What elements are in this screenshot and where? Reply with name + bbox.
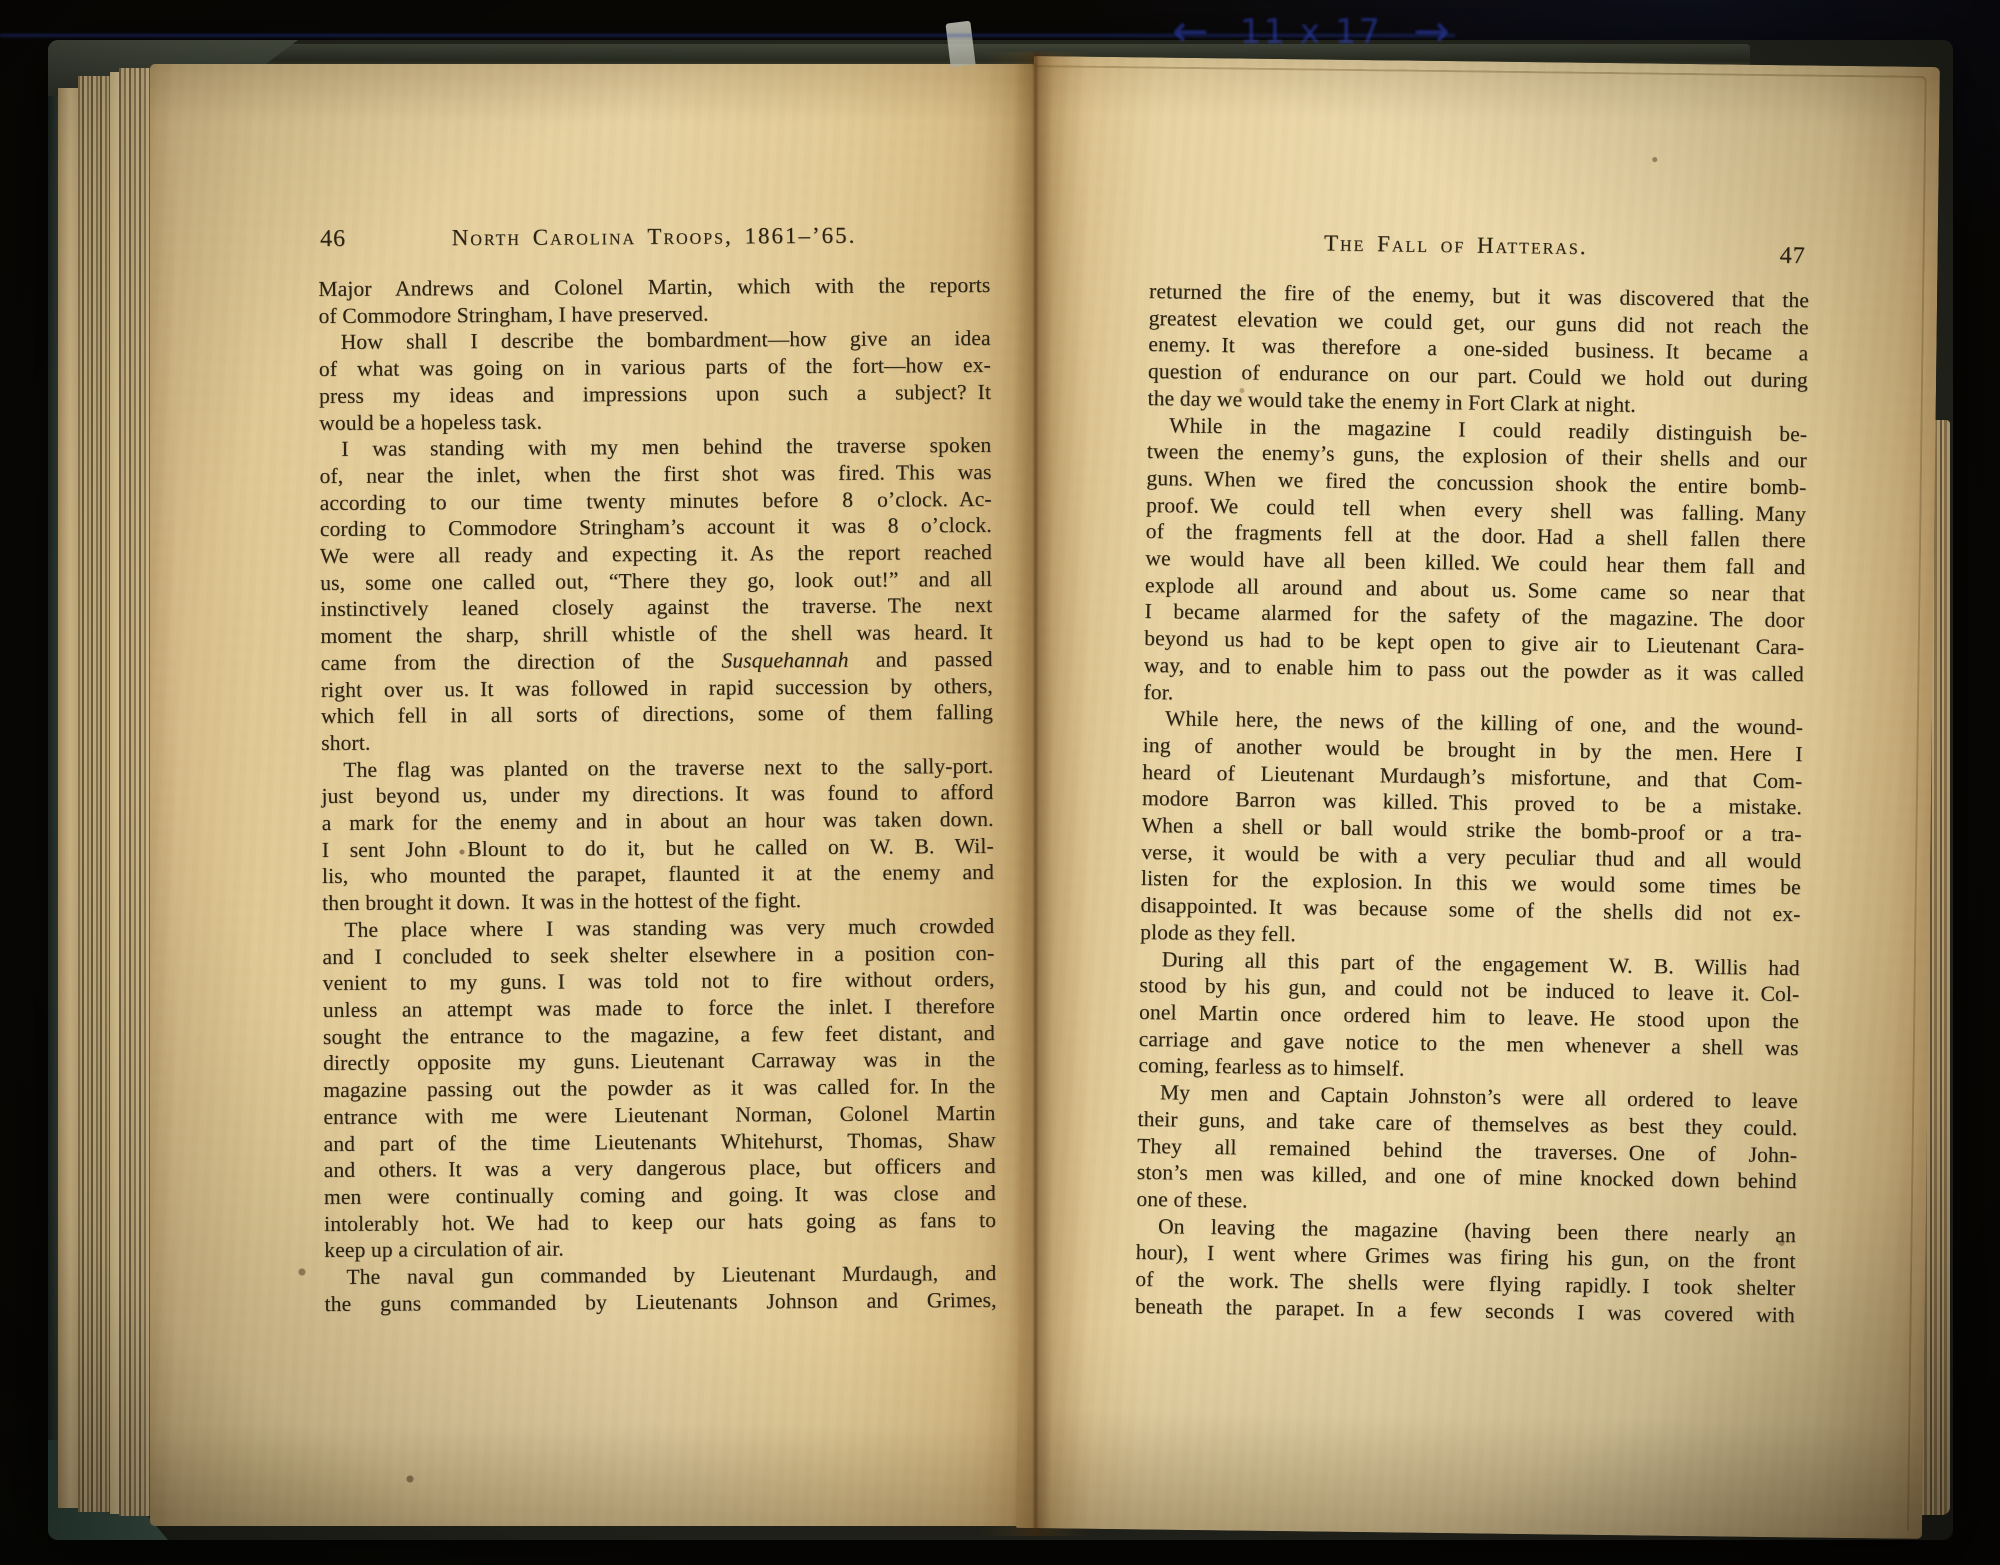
text-line: The place where I was standing was very … (322, 913, 994, 944)
size-annotation-label: 11 x 17 (1240, 12, 1382, 52)
text-line: men were continually coming and going. I… (324, 1180, 996, 1211)
paragraph: While here, the news of the killing of o… (1140, 705, 1803, 955)
text-line: which fell in all sorts of directions, s… (321, 699, 993, 730)
text-line: according to our time twenty minutes bef… (320, 486, 992, 517)
text-line: We were all ready and expecting it. As t… (320, 539, 992, 570)
text-line: entrance with me were Lieutenant Norman,… (323, 1100, 995, 1131)
paragraph: How shall I describe the bombardment—how… (319, 325, 992, 436)
text-line: I sent John Blount to do it, but he call… (322, 833, 994, 864)
left-running-head: 46 North Carolina Troops, 1861–’65. (318, 222, 990, 256)
text-line: just beyond us, under my directions. It … (321, 779, 993, 810)
text-line: and part of the time Lieutenants Whitehu… (324, 1126, 996, 1157)
text-line: of what was going on in various parts of… (319, 352, 991, 383)
text-line: of, near the inlet, when the first shot … (319, 459, 991, 490)
text-line: us, some one called out, “There they go,… (320, 566, 992, 597)
left-header-title: North Carolina Troops, 1861–’65. (318, 222, 990, 252)
paragraph: My men and Captain Johnston’s were all o… (1136, 1079, 1798, 1222)
text-line: of Commodore Stringham, I have preserved… (318, 299, 990, 330)
text-line: The naval gun commanded by Lieutenant Mu… (324, 1260, 996, 1291)
text-line: cording to Commodore Stringham’s account… (320, 512, 992, 543)
left-page-body: Major Andrews and Colonel Martin, which … (318, 272, 996, 1318)
text-line: How shall I describe the bombardment—how… (319, 325, 991, 356)
text-line: venient to my guns. I was told not to fi… (323, 966, 995, 997)
text-line: came from the direction of the Susquehan… (321, 646, 993, 677)
text-line: and others. It was a very dangerous plac… (324, 1153, 996, 1184)
paragraph: The naval gun commanded by Lieutenant Mu… (324, 1260, 996, 1318)
text-line: sought the entrance to the magazine, a f… (323, 1020, 995, 1051)
text-line: The flag was planted on the traverse nex… (321, 753, 993, 784)
left-page-edges (58, 88, 78, 1508)
right-page-text: The Fall of Hatteras. 47 returned the fi… (1135, 228, 1810, 1329)
right-page-body: returned the fire of the enemy, but it w… (1135, 278, 1809, 1329)
left-page-edges (110, 72, 119, 1514)
text-line: directly opposite my guns. Lieutenant Ca… (323, 1046, 995, 1077)
right-page-number: 47 (1779, 243, 1805, 270)
left-page-edges (78, 76, 110, 1512)
text-line: the guns commanded by Lieutenants Johnso… (325, 1287, 997, 1318)
paragraph: Major Andrews and Colonel Martin, which … (318, 272, 990, 330)
size-annotation: ← 11 x 17 → (1172, 6, 1450, 58)
paragraph: On leaving the magazine (having been the… (1135, 1213, 1796, 1329)
paper-tab (945, 21, 975, 68)
paragraph: returned the fire of the enemy, but it w… (1147, 278, 1809, 421)
text-line: and I concluded to seek shelter elsewher… (322, 939, 994, 970)
text-line: press my ideas and impressions upon such… (319, 379, 991, 410)
book-photo: 46 North Carolina Troops, 1861–’65. Majo… (0, 0, 2000, 1565)
text-line: magazine passing out the powder as it wa… (323, 1073, 995, 1104)
text-line: a mark for the enemy and in about an hou… (322, 806, 994, 837)
paragraph: The flag was planted on the traverse nex… (321, 753, 994, 917)
left-arrow-icon: ← (1172, 10, 1209, 54)
text-line: instinctively leaned closely against the… (320, 592, 992, 623)
text-line: Major Andrews and Colonel Martin, which … (318, 272, 990, 303)
right-arrow-icon: → (1413, 10, 1450, 54)
text-line: unless an attempt was made to force the … (323, 993, 995, 1024)
text-line: lis, who mounted the parapet, flaunted i… (322, 859, 994, 890)
text-line: keep up a circulation of air. (324, 1233, 996, 1264)
text-line: intolerably hot. We had to keep our hats… (324, 1206, 996, 1237)
left-page-text: 46 North Carolina Troops, 1861–’65. Majo… (318, 222, 997, 1318)
paragraph: I was standing with my men behind the tr… (319, 432, 993, 757)
text-line: short. (321, 726, 993, 757)
text-line: moment the sharp, shrill whistle of the … (320, 619, 992, 650)
text-line: right over us. It was followed in rapid … (321, 672, 993, 703)
text-line: I was standing with my men behind the tr… (319, 432, 991, 463)
text-line: then brought it down. It was in the hott… (322, 886, 994, 917)
paragraph: During all this part of the engagement W… (1138, 946, 1800, 1089)
paragraph: While in the magazine I could readily di… (1143, 411, 1807, 714)
paragraph: The place where I was standing was very … (322, 913, 996, 1264)
text-line: would be a hopeless task. (319, 405, 991, 436)
